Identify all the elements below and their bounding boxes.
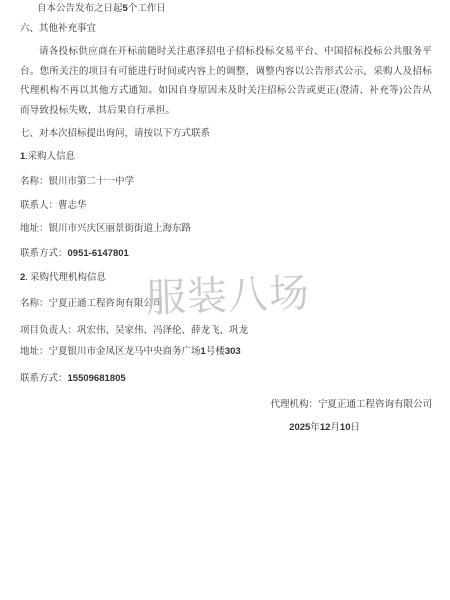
agency-phone: 联系方式：15509681805 (20, 373, 432, 385)
intro-tail-line: 自本公告发布之日起5个工作日 (20, 3, 432, 15)
announcement-body: 自本公告发布之日起5个工作日 六、其他补充事宜 请各投标供应商在开标前随时关注惠… (0, 0, 450, 434)
signoff-date: 2025年12月10日 (20, 422, 432, 434)
section-6-paragraph: 请各投标供应商在开标前随时关注惠泽招电子招标投标交易平台、中国招标投标公共服务平… (20, 43, 432, 121)
agency-address: 地址：宁夏银川市金凤区龙马中央商务广场1号楼303 (20, 346, 432, 358)
agency-name: 名称：宁夏正通工程咨询有限公司 (20, 298, 432, 310)
section-6-heading: 六、其他补充事宜 (20, 23, 432, 35)
agency-info-heading: 2. 采购代理机构信息 (20, 272, 432, 284)
document-page: 服装八场 自本公告发布之日起5个工作日 六、其他补充事宜 请各投标供应商在开标前… (0, 0, 450, 600)
purchaser-contact-person: 联系人：曹志华 (20, 200, 432, 212)
section-7-heading: 七、对本次招标提出询问，请按以下方式联系 (20, 128, 432, 140)
purchaser-phone: 联系方式：0951-6147801 (20, 248, 432, 260)
purchaser-address: 地址：银川市兴庆区丽景街街道上海东路 (20, 223, 432, 235)
purchaser-name: 名称：银川市第二十一中学 (20, 176, 432, 188)
purchaser-info-heading: 1.采购人信息 (20, 151, 432, 163)
signoff-agency-line: 代理机构：宁夏正通工程咨询有限公司 (20, 399, 432, 411)
agency-project-leaders: 项目负责人：巩宏伟、吴家伟、冯泽伦、薛龙飞、巩龙 (20, 325, 432, 337)
